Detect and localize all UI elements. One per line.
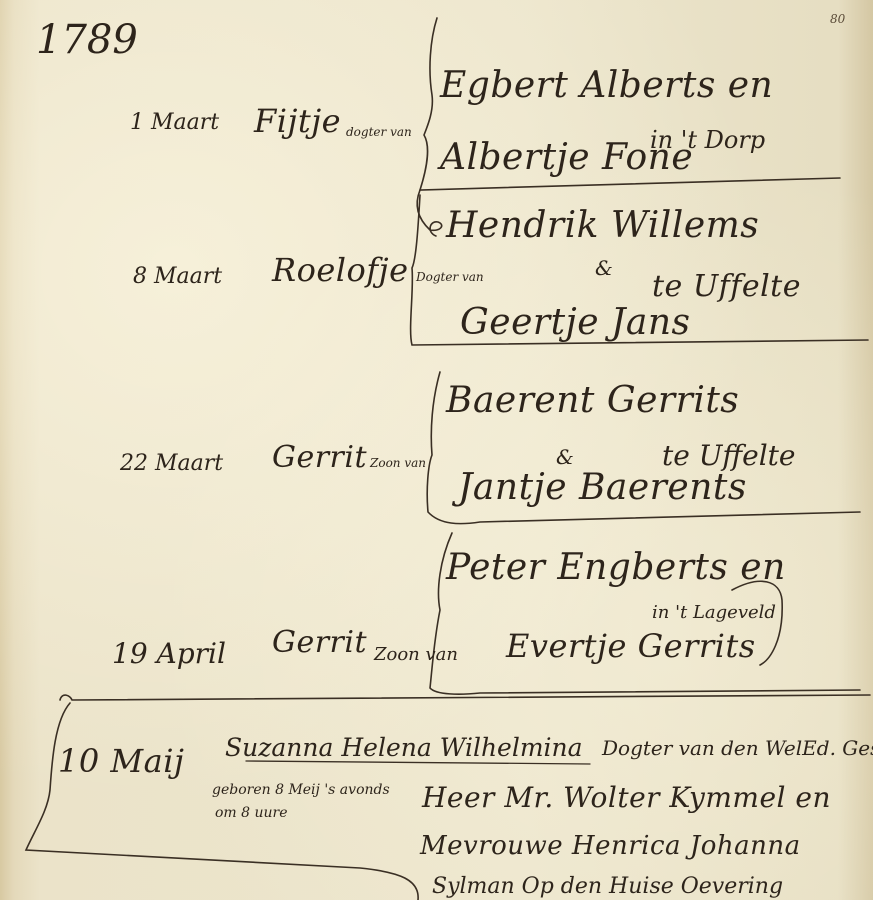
- entry-5-date: 10 Maij: [58, 745, 184, 777]
- entry-4-date: 19 April: [112, 640, 226, 668]
- entry-1-place: in 't Dorp: [650, 128, 765, 152]
- entry-4-father: Peter Engberts en: [446, 550, 786, 586]
- entry-3-child: Gerrit: [272, 443, 367, 473]
- entry-2-child: Roelofje: [272, 254, 409, 286]
- entry-2-relation: Dogter van: [416, 271, 484, 283]
- entry-2-father: Hendrik Willems: [446, 208, 759, 244]
- entry-2-mother: Geertje Jans: [460, 305, 691, 341]
- entry-5-child: Suzanna Helena Wilhelmina: [225, 735, 583, 760]
- entry-5-mother-line1: Mevrouwe Henrica Johanna: [420, 833, 801, 859]
- entry-4-relation: Zoon van: [374, 646, 458, 664]
- entry-2-conjunction: &: [595, 258, 613, 278]
- entry-3-date: 22 Maart: [120, 453, 223, 475]
- entry-4-place: in 't Lageveld: [652, 604, 776, 622]
- entry-1-father: Egbert Alberts en: [440, 68, 773, 104]
- entry-5-birth-note-line1: geboren 8 Meij 's avonds: [212, 783, 390, 797]
- entry-1-child: Fijtje: [254, 105, 341, 137]
- entry-2-place: te Uffelte: [652, 272, 801, 302]
- entry-3-father: Baerent Gerrits: [446, 383, 739, 419]
- register-year: 1789: [36, 20, 138, 60]
- entry-2-date: 8 Maart: [133, 266, 222, 288]
- entry-3-conjunction: &: [556, 447, 574, 467]
- entry-3-mother: Jantje Baerents: [458, 470, 747, 506]
- entry-5-father: Heer Mr. Wolter Kymmel en: [422, 784, 831, 812]
- entry-3-relation: Zoon van: [370, 457, 426, 469]
- page-number: 80: [830, 13, 845, 25]
- entry-4-mother: Evertje Gerrits: [506, 630, 756, 662]
- entry-1-date: 1 Maart: [130, 112, 219, 134]
- entry-5-mother-line2: Sylman Op den Huise Oevering: [432, 876, 783, 898]
- entry-5-relation: Dogter van den WelEd. Gestr.: [602, 738, 873, 758]
- entry-1-relation: dogter van: [346, 126, 412, 138]
- entry-5-birth-note-line2: om 8 uure: [215, 806, 288, 820]
- entry-4-child: Gerrit: [272, 628, 367, 658]
- entry-3-place: te Uffelte: [662, 442, 796, 470]
